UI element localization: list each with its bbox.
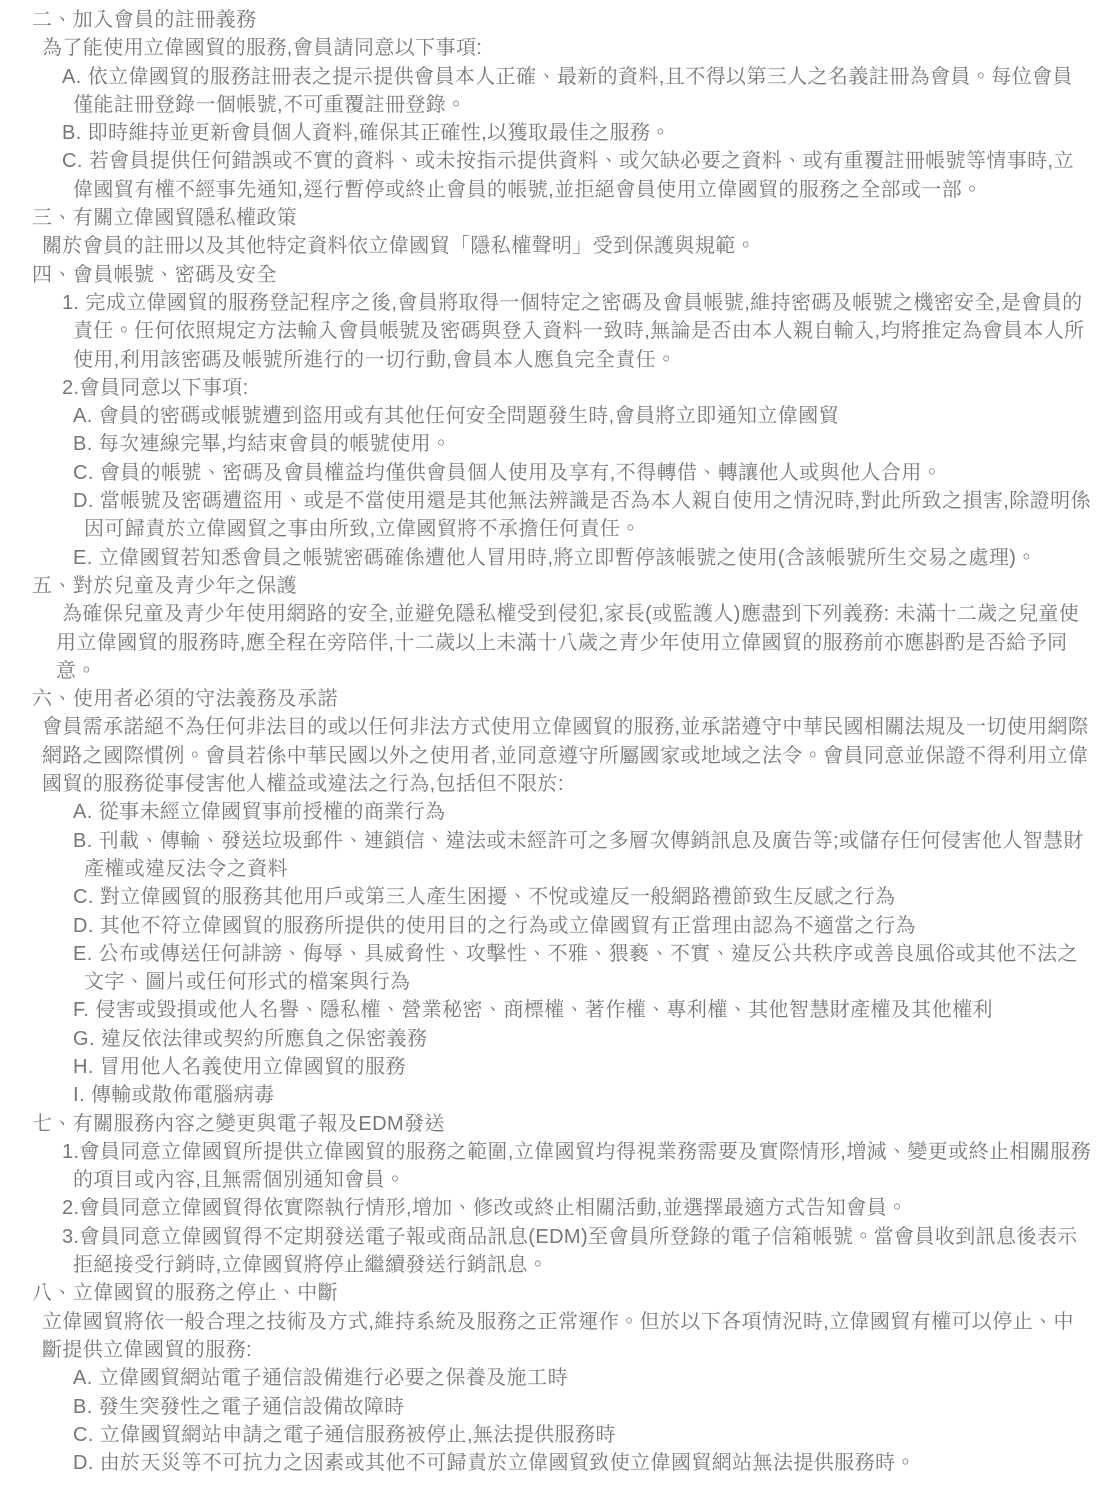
list-item: C. 會員的帳號、密碼及會員權益均僅供會員個人使用及享有,不得轉借、轉讓他人或與… (0, 459, 1093, 487)
paragraph: 為確保兒童及青少年使用網路的安全,並避免隱私權受到侵犯,家長(或監護人)應盡到下… (0, 600, 1093, 685)
terms-section: 六、使用者必須的守法義務及承諾會員需承諾絕不為任何非法目的或以任何非法方式使用立… (0, 685, 1093, 1109)
list-item: A. 依立偉國貿的服務註冊表之提示提供會員本人正確、最新的資料,且不得以第三人之… (0, 63, 1093, 120)
list-item: 2.會員同意以下事項: (0, 374, 1093, 402)
section-heading: 二、加入會員的註冊義務 (0, 6, 1093, 34)
section-heading: 四、會員帳號、密碼及安全 (0, 261, 1093, 289)
list-item: C. 對立偉國貿的服務其他用戶或第三人產生困擾、不悅或違反一般網路禮節致生反感之… (0, 883, 1093, 911)
list-item: D. 當帳號及密碼遭盜用、或是不當使用還是其他無法辨識是否為本人親自使用之情況時… (0, 487, 1093, 544)
list-item: I. 傳輸或散佈電腦病毒 (0, 1081, 1093, 1109)
terms-document: 二、加入會員的註冊義務為了能使用立偉國貿的服務,會員請同意以下事項:A. 依立偉… (0, 0, 1109, 1487)
list-item: G. 違反依法律或契約所應負之保密義務 (0, 1025, 1093, 1053)
list-item: H. 冒用他人名義使用立偉國貿的服務 (0, 1053, 1093, 1081)
terms-section: 八、立偉國貿的服務之停止、中斷立偉國貿將依一般合理之技術及方式,維持系統及服務之… (0, 1279, 1093, 1477)
list-item: C. 立偉國貿網站申請之電子通信服務被停止,無法提供服務時 (0, 1421, 1093, 1449)
section-heading: 六、使用者必須的守法義務及承諾 (0, 685, 1093, 713)
terms-section: 二、加入會員的註冊義務為了能使用立偉國貿的服務,會員請同意以下事項:A. 依立偉… (0, 6, 1093, 204)
terms-section: 四、會員帳號、密碼及安全1. 完成立偉國貿的服務登記程序之後,會員將取得一個特定… (0, 261, 1093, 572)
terms-section: 五、對於兒童及青少年之保護為確保兒童及青少年使用網路的安全,並避免隱私權受到侵犯… (0, 572, 1093, 685)
section-heading: 三、有關立偉國貿隱私權政策 (0, 204, 1093, 232)
list-item: E. 立偉國貿若知悉會員之帳號密碼確係遭他人冒用時,將立即暫停該帳號之使用(含該… (0, 544, 1093, 572)
section-heading: 五、對於兒童及青少年之保護 (0, 572, 1093, 600)
list-item: F. 侵害或毀損或他人名譽、隱私權、營業秘密、商標權、著作權、專利權、其他智慧財… (0, 996, 1093, 1024)
list-item: D. 其他不符立偉國貿的服務所提供的使用目的之行為或立偉國貿有正當理由認為不適當… (0, 912, 1093, 940)
list-item: A. 立偉國貿網站電子通信設備進行必要之保養及施工時 (0, 1364, 1093, 1392)
list-item: B. 刊載、傳輸、發送垃圾郵件、連鎖信、違法或未經許可之多層次傳銷訊息及廣告等;… (0, 827, 1093, 884)
paragraph: 關於會員的註冊以及其他特定資料依立偉國貿「隱私權聲明」受到保護與規範。 (0, 232, 1093, 260)
paragraph: 立偉國貿將依一般合理之技術及方式,維持系統及服務之正常運作。但於以下各項情況時,… (0, 1308, 1093, 1365)
list-item: 2.會員同意立偉國貿得依實際執行情形,增加、修改或終止相關活動,並選擇最適方式告… (0, 1194, 1093, 1222)
list-item: B. 每次連線完畢,均結束會員的帳號使用。 (0, 430, 1093, 458)
list-item: D. 由於天災等不可抗力之因素或其他不可歸責於立偉國貿致使立偉國貿網站無法提供服… (0, 1449, 1093, 1477)
section-heading: 七、有關服務內容之變更與電子報及EDM發送 (0, 1110, 1093, 1138)
section-heading: 八、立偉國貿的服務之停止、中斷 (0, 1279, 1093, 1307)
list-item: B. 發生突發性之電子通信設備故障時 (0, 1393, 1093, 1421)
terms-section: 七、有關服務內容之變更與電子報及EDM發送1.會員同意立偉國貿所提供立偉國貿的服… (0, 1110, 1093, 1280)
paragraph: 會員需承諾絕不為任何非法目的或以任何非法方式使用立偉國貿的服務,並承諾遵守中華民… (0, 713, 1093, 798)
list-item: A. 從事未經立偉國貿事前授權的商業行為 (0, 798, 1093, 826)
list-item: E. 公布或傳送任何誹謗、侮辱、具威脅性、攻擊性、不雅、猥褻、不實、違反公共秩序… (0, 940, 1093, 997)
paragraph: 為了能使用立偉國貿的服務,會員請同意以下事項: (0, 34, 1093, 62)
list-item: 1. 完成立偉國貿的服務登記程序之後,會員將取得一個特定之密碼及會員帳號,維持密… (0, 289, 1093, 374)
terms-section: 三、有關立偉國貿隱私權政策關於會員的註冊以及其他特定資料依立偉國貿「隱私權聲明」… (0, 204, 1093, 261)
list-item: A. 會員的密碼或帳號遭到盜用或有其他任何安全問題發生時,會員將立即通知立偉國貿 (0, 402, 1093, 430)
list-item: 3.會員同意立偉國貿得不定期發送電子報或商品訊息(EDM)至會員所登錄的電子信箱… (0, 1223, 1093, 1280)
list-item: 1.會員同意立偉國貿所提供立偉國貿的服務之範圍,立偉國貿均得視業務需要及實際情形… (0, 1138, 1093, 1195)
list-item: B. 即時維持並更新會員個人資料,確保其正確性,以獲取最佳之服務。 (0, 119, 1093, 147)
list-item: C. 若會員提供任何錯誤或不實的資料、或未按指示提供資料、或欠缺必要之資料、或有… (0, 147, 1093, 204)
